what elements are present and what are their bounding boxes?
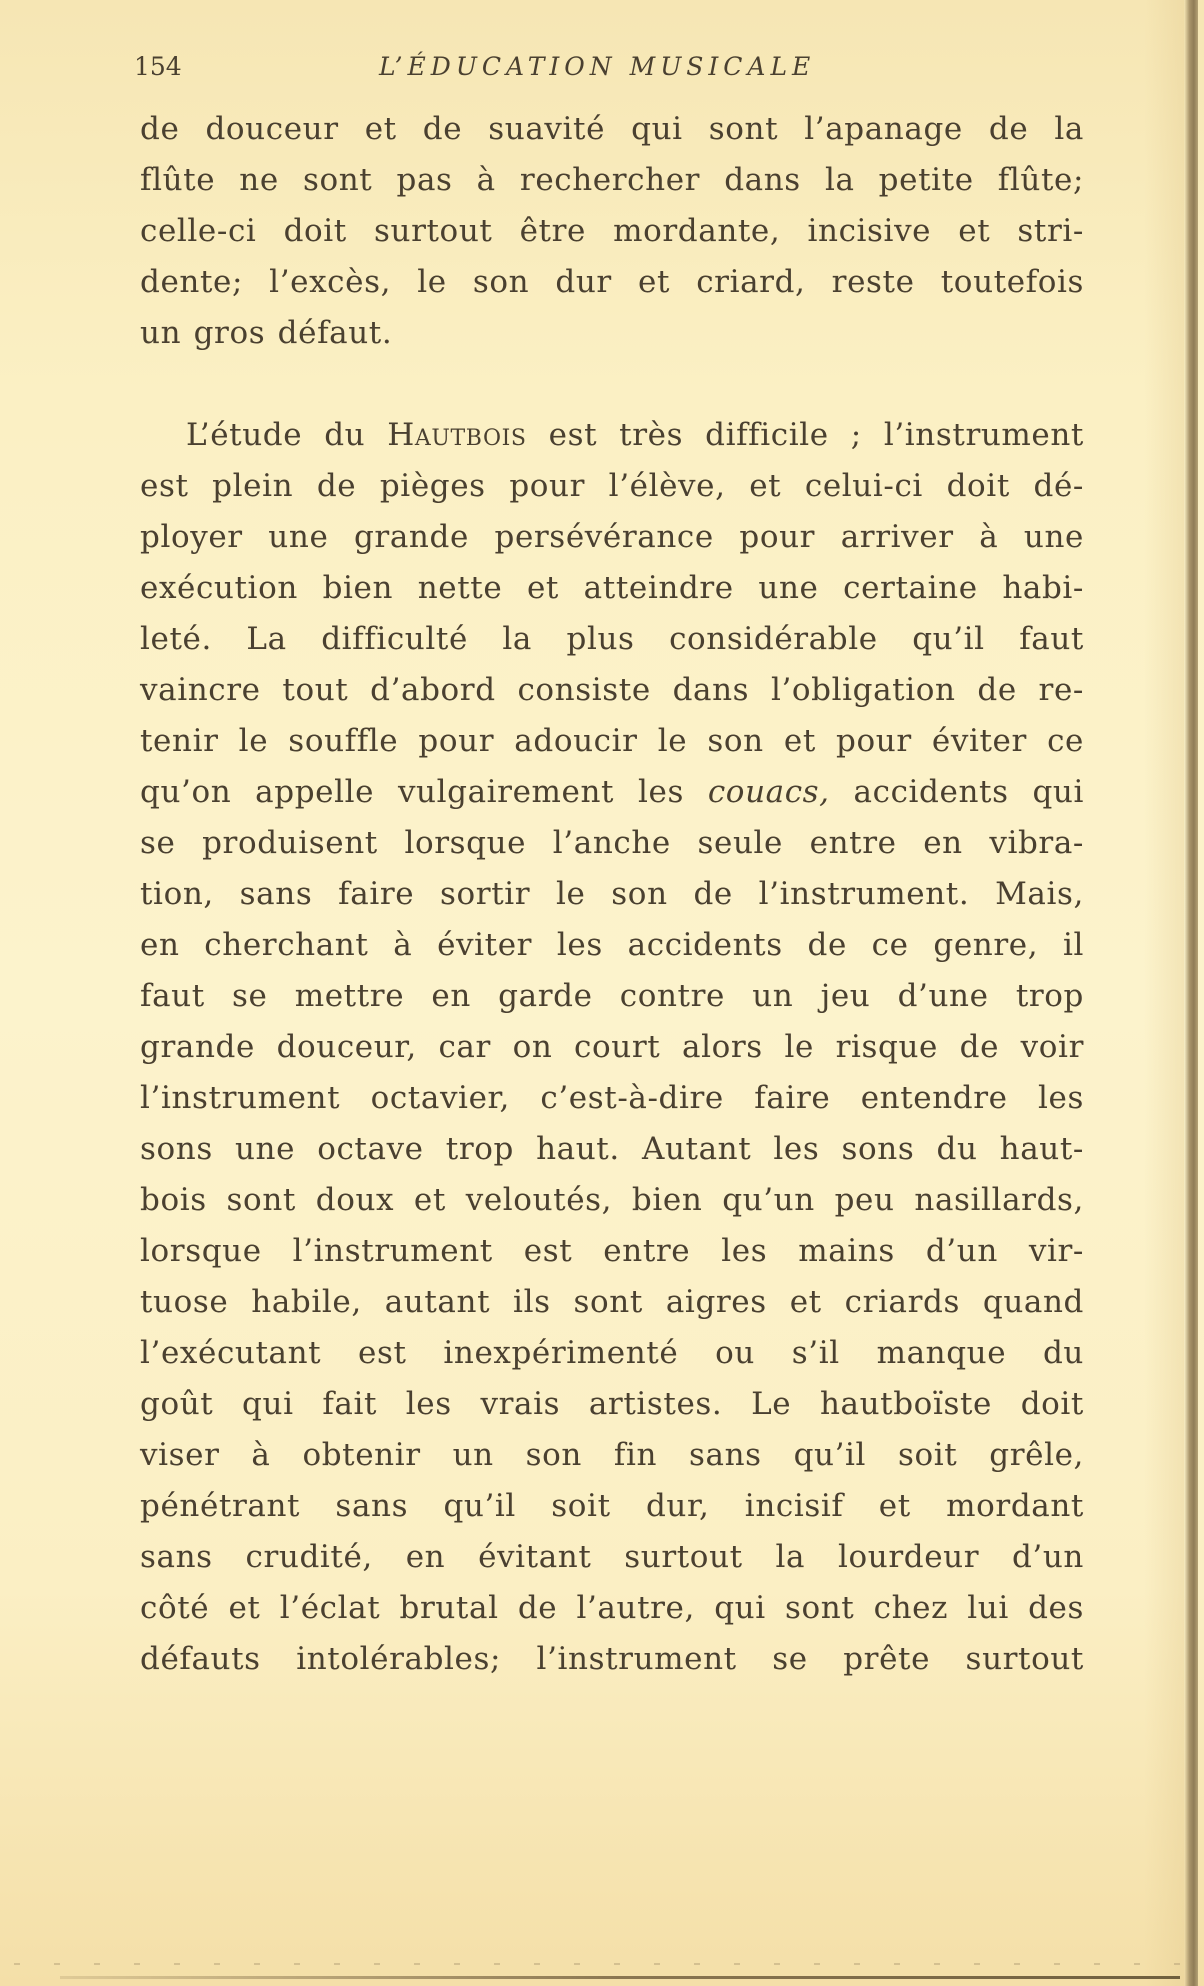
text-segment: L’étude du xyxy=(186,417,387,453)
text-line: pénétrant sans qu’il soit dur, incisif e… xyxy=(140,1481,1084,1532)
text-line: lorsque l’instrument est entre les mains… xyxy=(140,1226,1084,1277)
running-header: 154 L’ÉDUCATION MUSICALE xyxy=(134,52,1084,92)
text-line: se produisent lorsque l’anche seule entr… xyxy=(140,818,1084,869)
italic-term: couacs, xyxy=(708,774,830,810)
text-line: de douceur et de suavité qui sont l’apan… xyxy=(140,104,1084,155)
text-line: bois sont doux et veloutés, bien qu’un p… xyxy=(140,1175,1084,1226)
text-line: leté. La difficulté la plus considérable… xyxy=(140,614,1084,665)
text-line: l’exécutant est inexpérimenté ou s’il ma… xyxy=(140,1328,1084,1379)
text-line: exécution bien nette et atteindre une ce… xyxy=(140,563,1084,614)
text-line: est plein de pièges pour l’élève, et cel… xyxy=(140,461,1084,512)
scan-bottom-edge xyxy=(60,1976,1180,1979)
text-segment: qu’on appelle vulgairement les xyxy=(140,774,708,810)
text-line: L’étude du Hautbois est très difficile ;… xyxy=(140,410,1084,461)
text-line: défauts intolérables; l’instrument se pr… xyxy=(140,1634,1084,1685)
text-line: celle-ci doit surtout être mordante, inc… xyxy=(140,206,1084,257)
text-line: dente; l’excès, le son dur et criard, re… xyxy=(140,257,1084,308)
text-line: goût qui fait les vrais artistes. Le hau… xyxy=(140,1379,1084,1430)
text-segment: est très difficile ; l’instrument xyxy=(527,417,1084,453)
paragraph-2: L’étude du Hautbois est très difficile ;… xyxy=(140,410,1084,1685)
text-line: sons une octave trop haut. Autant les so… xyxy=(140,1124,1084,1175)
scan-artifact-specks xyxy=(14,1963,1184,1965)
page-edge xyxy=(1184,0,1198,1986)
text-line: un gros défaut. xyxy=(140,308,1084,359)
text-segment: accidents qui xyxy=(830,774,1084,810)
text-line: vaincre tout d’abord consiste dans l’obl… xyxy=(140,665,1084,716)
text-line: flûte ne sont pas à rechercher dans la p… xyxy=(140,155,1084,206)
text-line: qu’on appelle vulgairement les couacs, a… xyxy=(140,767,1084,818)
page-edge-shadow xyxy=(1144,0,1184,1986)
text-line: tuose habile, autant ils sont aigres et … xyxy=(140,1277,1084,1328)
text-line: en cherchant à éviter les accidents de c… xyxy=(140,920,1084,971)
text-line: l’instrument octavier, c’est-à-dire fair… xyxy=(140,1073,1084,1124)
text-line: faut se mettre en garde contre un jeu d’… xyxy=(140,971,1084,1022)
text-line: sans crudité, en évitant surtout la lour… xyxy=(140,1532,1084,1583)
text-line: grande douceur, car on court alors le ri… xyxy=(140,1022,1084,1073)
instrument-name-smallcaps: Hautbois xyxy=(387,417,526,453)
text-line: côté et l’éclat brutal de l’autre, qui s… xyxy=(140,1583,1084,1634)
text-line: tion, sans faire sortir le son de l’inst… xyxy=(140,869,1084,920)
text-line: viser à obtenir un son fin sans qu’il so… xyxy=(140,1430,1084,1481)
page-number: 154 xyxy=(134,52,182,81)
paragraph-1: de douceur et de suavité qui sont l’apan… xyxy=(140,104,1084,359)
text-line: tenir le souffle pour adoucir le son et … xyxy=(140,716,1084,767)
running-title: L’ÉDUCATION MUSICALE xyxy=(379,52,815,81)
text-line: ployer une grande persévérance pour arri… xyxy=(140,512,1084,563)
